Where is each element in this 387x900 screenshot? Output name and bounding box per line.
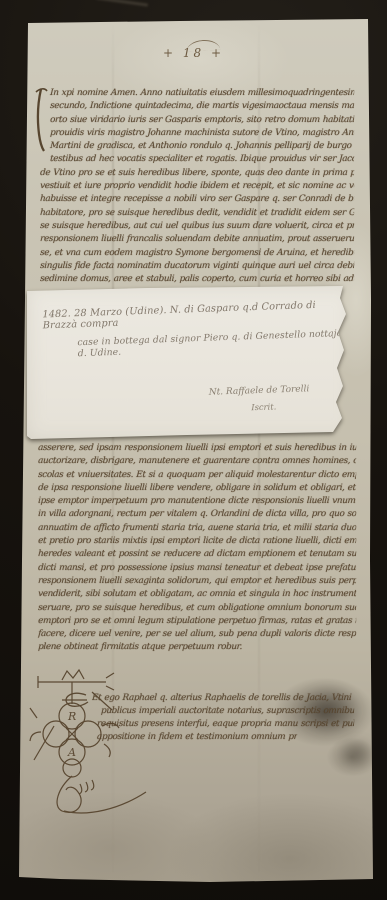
signum-letter-bottom: A (67, 746, 76, 759)
script-line: requisitus presens interfui, eaque propr… (92, 718, 355, 731)
script-line: de ipsa responsione liuelli libere vende… (38, 483, 357, 496)
script-line: auctorizare, disbrigare, manutenere et g… (38, 456, 357, 469)
slip-signature-note: Iscrit. (209, 400, 310, 414)
archivist-slip: 1482. 28 Marzo (Udine). N. di Gasparo q.… (27, 286, 353, 440)
script-line: dicti mansi, et pro possessione ipsius m… (38, 563, 357, 576)
script-line: secundo, Indictione quintadecima, die ma… (40, 101, 355, 114)
script-line: annuatim de afficto frumenti staria tria… (38, 523, 357, 536)
slip-signature: Nt. Raffaele de Torelli Iscrit. (209, 384, 310, 413)
script-line: publicus imperiali auctoritate notarius,… (92, 705, 355, 718)
script-line: responsionem liuelli sexaginta solidorum… (38, 576, 357, 589)
script-line: habuisse et integre recepisse a nobili v… (40, 194, 355, 207)
script-line: scolas et vniuersitates. Et si a quoquam… (38, 470, 357, 483)
script-line: plene obtineat firmitatis atque perpetuu… (38, 642, 357, 655)
main-text-lower-block: asserere, sed ipsam responsionem liuelli… (38, 443, 356, 656)
script-line: ipse emptor imperpetuum pro manutentione… (38, 496, 357, 509)
script-line: emptori pro se et omni legum stipulation… (38, 616, 357, 629)
main-text-upper-block: In xpi nomine Amen. Anno natiuitatis eiu… (40, 88, 354, 287)
slip-signature-name: Nt. Raffaele de Torelli (209, 384, 310, 398)
photograph-of-manuscript: + 18 + In xpi nomine Amen. Anno natiuita… (0, 0, 387, 900)
slip-annotation: 1482. 28 Marzo (Udine). N. di Gasparo q.… (42, 299, 354, 361)
script-line: appositione in fidem et testimonium omni… (92, 731, 298, 744)
script-line: Et ego Raphael q. alterius Raphaelis de … (92, 692, 355, 705)
script-line: et pretio pro stariis mixtis ipsi emptor… (38, 536, 357, 549)
slip-annotation-line2: case in bottega dal signor Piero q. di G… (43, 328, 354, 361)
script-line: asserere, sed ipsam responsionem liuelli… (38, 443, 357, 456)
script-line: In xpi nomine Amen. Anno natiuitatis eiu… (40, 88, 355, 101)
script-line: vestiuit et iure proprio vendidit hodie … (40, 181, 355, 194)
parchment-sheet: + 18 + In xpi nomine Amen. Anno natiuita… (0, 0, 387, 900)
signum-letter-top: R (67, 710, 76, 723)
slip-annotation-line1: 1482. 28 Marzo (Udine). N. di Gasparo q.… (42, 299, 353, 332)
script-line: heredes valeant et possint se reducere a… (38, 549, 357, 562)
et-paraph-icon (60, 689, 90, 711)
script-line: testibus ad hec vocatis specialiter et r… (40, 154, 355, 167)
script-line: seruare, pro se suisque heredibus, et cu… (38, 603, 357, 616)
script-line: responsionem liuelli francalis soluendam… (40, 234, 355, 247)
script-line: se suisque heredibus, aut cui uel quibus… (40, 221, 355, 234)
script-line: de Vtino pro se et suis heredibus libere… (40, 168, 355, 181)
script-line: Martini de gradisca, et Anthonio rondulo… (40, 141, 355, 154)
script-line: se, et vna cum eodem magistro Symone ber… (40, 248, 355, 261)
script-line: singulis fide facta nominatim ducatorum … (40, 261, 355, 274)
background-scratch (96, 0, 148, 7)
script-line: vendiderit, sibi solutam et obligatam, a… (38, 589, 357, 602)
script-line: orto siue viridario iuris ser Gasparis e… (40, 115, 355, 128)
page-number: + 18 + (0, 46, 387, 60)
script-line: prouidis viris magistro Johanne machinis… (40, 128, 355, 141)
notarial-subscription-block: Et ego Raphael q. alterius Raphaelis de … (92, 692, 354, 744)
archivist-slip-wrap: 1482. 28 Marzo (Udine). N. di Gasparo q.… (27, 286, 353, 440)
script-line: in villa adorgnani, rectum per vitalem q… (38, 509, 357, 522)
script-line: habitatore, pro se suisque heredibus ded… (40, 208, 355, 221)
script-line: facere, dicere uel venire, per se uel al… (38, 629, 357, 642)
